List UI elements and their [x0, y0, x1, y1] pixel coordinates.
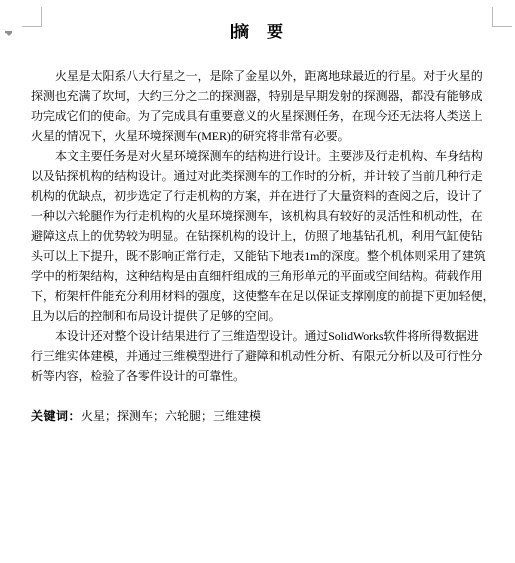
page-title-text: 摘 要: [233, 24, 284, 41]
body-line: 析等内容，检验了各零件设计的可靠性。: [31, 366, 487, 386]
body-line: 下，桁架杆件能充分利用材料的强度，这使整车在足以保证支撑刚度的前提下更加轻便，: [31, 286, 487, 306]
body-line: 且为以后的控制和布局设计提供了足够的空间。: [31, 306, 487, 326]
keywords-label: 关键词：: [31, 409, 81, 423]
body-line: 一种以六轮腿作为行走机构的火星环境探测车，该机构具有较好的灵活性和机动性，在: [31, 206, 487, 226]
keywords-line: 关键词：火星；探测车；六轮腿；三维建模: [31, 406, 261, 426]
body-line: 学中的桁架结构，这种结构是由直细杆组成的三角形单元的平面或空间结构。荷载作用: [31, 266, 487, 286]
body-line: 功完成它们的使命。为了完成具有重要意义的火星探测任务，在现今还无法将人类送上: [31, 106, 487, 126]
body-line: 探测也充满了坎坷，大约三分之二的探测器，特别是早期发射的探测器，都没有能够成: [31, 86, 487, 106]
body-line: 火星的情况下，火星环境探测车(MER)的研究将非常有必要。: [31, 126, 487, 146]
body-line: 火星是太阳系八大行星之一，是除了金星以外，距离地球最近的行星。对于火星的: [31, 66, 487, 86]
body-line: 本文主要任务是对火星环境探测车的结构进行设计。主要涉及行走机构、车身结构: [31, 146, 487, 166]
abstract-body[interactable]: 火星是太阳系八大行星之一，是除了金星以外，距离地球最近的行星。对于火星的探测也充…: [31, 66, 487, 386]
page-title: 摘 要: [0, 23, 515, 43]
body-line: 本设计还对整个设计结果进行了三维造型设计。通过SolidWorks软件将所得数据…: [31, 326, 487, 346]
body-line: 避障这点上的优势较为明显。在钻探机构的设计上，仿照了地基钻孔机，利用气缸使钻: [31, 226, 487, 246]
body-line: 以及钻探机构的结构设计。通过对此类探测车的工作时的分析，并计较了当前几种行走: [31, 166, 487, 186]
document-page[interactable]: 摘 要 火星是太阳系八大行星之一，是除了金星以外，距离地球最近的行星。对于火星的…: [0, 0, 515, 563]
keywords-text: 火星；探测车；六轮腿；三维建模: [81, 409, 261, 423]
body-line: 行三维实体建模，并通过三维模型进行了避障和机动性分析、有限元分析以及可行性分: [31, 346, 487, 366]
body-line: 机构的优缺点，初步选定了行走机构的方案，并在进行了大量资料的查阅之后，设计了: [31, 186, 487, 206]
body-line: 头可以上下提升，既不影响正常行走，又能钻下地表1m的深度。整个机体则采用了建筑: [31, 246, 487, 266]
